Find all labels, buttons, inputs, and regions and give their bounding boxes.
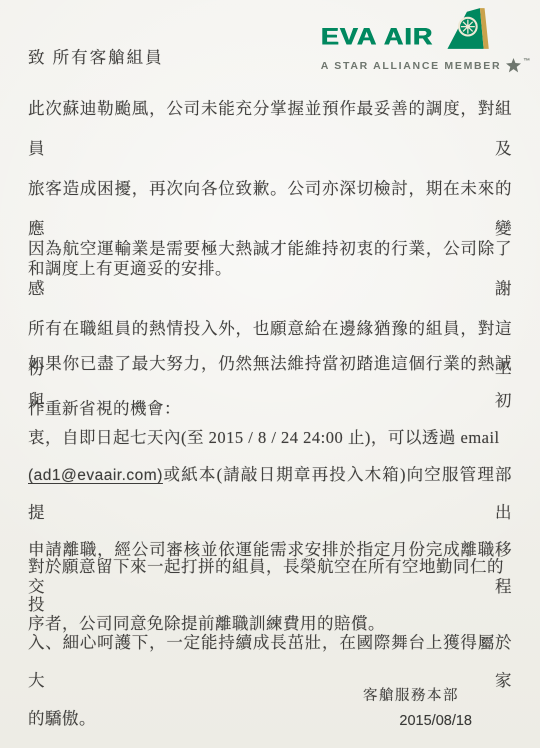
trademark-symbol: ™ — [523, 58, 532, 65]
star-alliance-row: A STAR ALLIANCE MEMBER ™ — [321, 58, 532, 73]
eva-air-logo: EVA AIR A STAR ALLIANCE MEMBER — [321, 6, 532, 73]
star-alliance-label: A STAR ALLIANCE MEMBER — [321, 60, 502, 72]
star-alliance-icon — [506, 58, 521, 73]
email-address: (ad1@evaair.com) — [28, 467, 163, 484]
signature-department: 客艙服務本部 — [363, 684, 459, 705]
text-line: 因為航空運輸業是需要極大熱誠才能維持初衷的行業，公司除了感謝 — [28, 229, 512, 309]
text-line: 此次蘇迪勒颱風，公司未能充分掌握並預作最妥善的調度，對組員及 — [28, 89, 512, 169]
text-line: (ad1@evaair.com)或紙本(請敲日期章再投入木箱)向空服管理部提出 — [28, 456, 512, 531]
text-line: 對於願意留下來一起打拼的組員，長榮航空在所有空地勤同仁的投 — [28, 548, 512, 624]
logo-top-row: EVA AIR — [321, 6, 493, 51]
signature-block: 客艙服務本部 2015/08/18 — [363, 684, 472, 729]
text-line: 如果你已盡了最大努力，仍然無法維持當初踏進這個行業的熱誠與初 — [28, 345, 512, 419]
signature-date: 2015/08/18 — [363, 713, 472, 729]
text-line: 衷，自即日起七天內(至 2015 / 8 / 24 24:00 止)，可以透過 … — [28, 419, 512, 456]
eva-air-tail-icon — [440, 6, 492, 51]
recipient-line: 致 所有客艙組員 — [28, 44, 164, 68]
eva-air-wordmark: EVA AIR — [321, 25, 434, 51]
